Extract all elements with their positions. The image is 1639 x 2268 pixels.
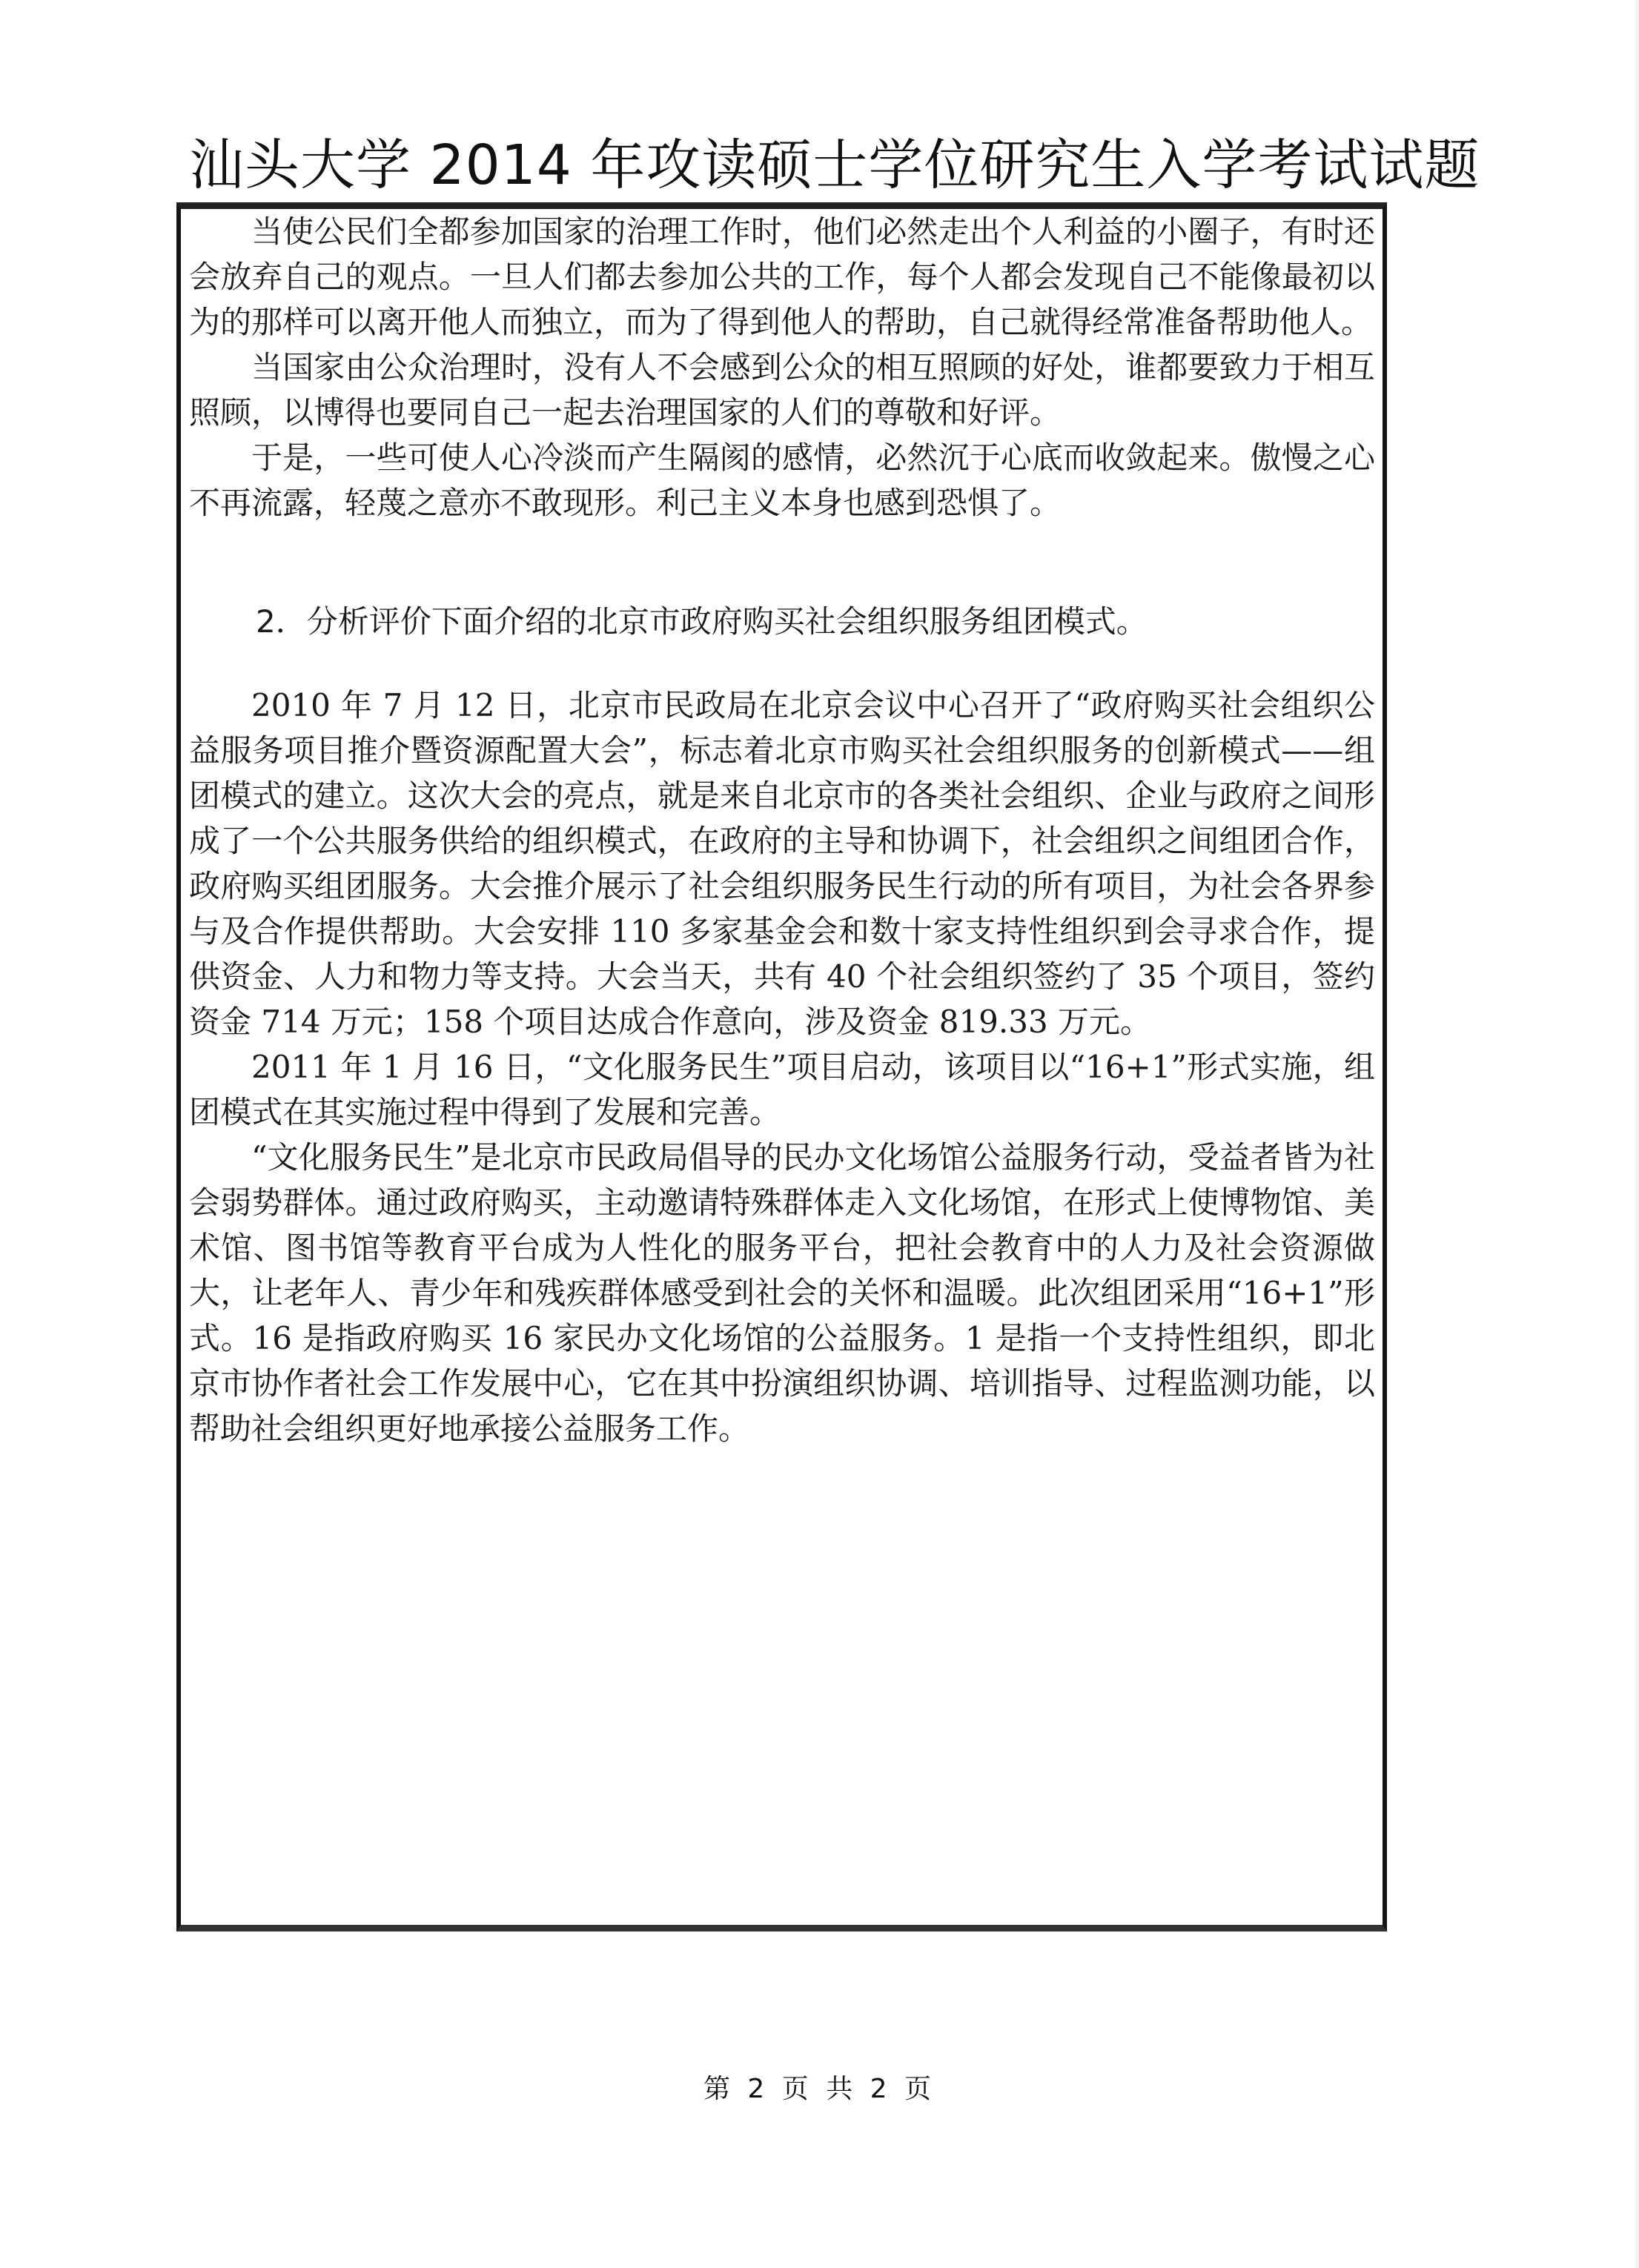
scan-edge-shadow (1633, 0, 1639, 2268)
exam-content: 当使公民们全都参加国家的治理工作时，他们必然走出个人利益的小圈子，有时还会放弃自… (189, 209, 1375, 1451)
question-2-material: 2010 年 7 月 12 日，北京市民政局在北京会议中心召开了“政府购买社会组… (189, 683, 1375, 1451)
material-paragraph: 2011 年 1 月 16 日，“文化服务民生”项目启动，该项目以“16+1”形… (189, 1044, 1375, 1135)
material-paragraph: 2010 年 7 月 12 日，北京市民政局在北京会议中心召开了“政府购买社会组… (189, 683, 1375, 1044)
passage-section: 当使公民们全都参加国家的治理工作时，他们必然走出个人利益的小圈子，有时还会放弃自… (189, 209, 1375, 525)
passage-paragraph: 于是，一些可使人心冷淡而产生隔阂的感情，必然沉于心底而收敛起来。傲慢之心不再流露… (189, 435, 1375, 525)
passage-paragraph: 当使公民们全都参加国家的治理工作时，他们必然走出个人利益的小圈子，有时还会放弃自… (189, 209, 1375, 345)
page-indicator: 第 2 页 共 2 页 (0, 2068, 1639, 2106)
exam-title: 汕头大学 2014 年攻读硕士学位研究生入学考试试题 (189, 132, 1390, 199)
material-paragraph: “文化服务民生”是北京市民政局倡导的民办文化场馆公益服务行动，受益者皆为社会弱势… (189, 1135, 1375, 1451)
passage-paragraph: 当国家由公众治理时，没有人不会感到公众的相互照顾的好处，谁都要致力于相互照顾，以… (189, 345, 1375, 435)
question-2-prompt: 2．分析评价下面介绍的北京市政府购买社会组织服务组团模式。 (189, 600, 1375, 644)
